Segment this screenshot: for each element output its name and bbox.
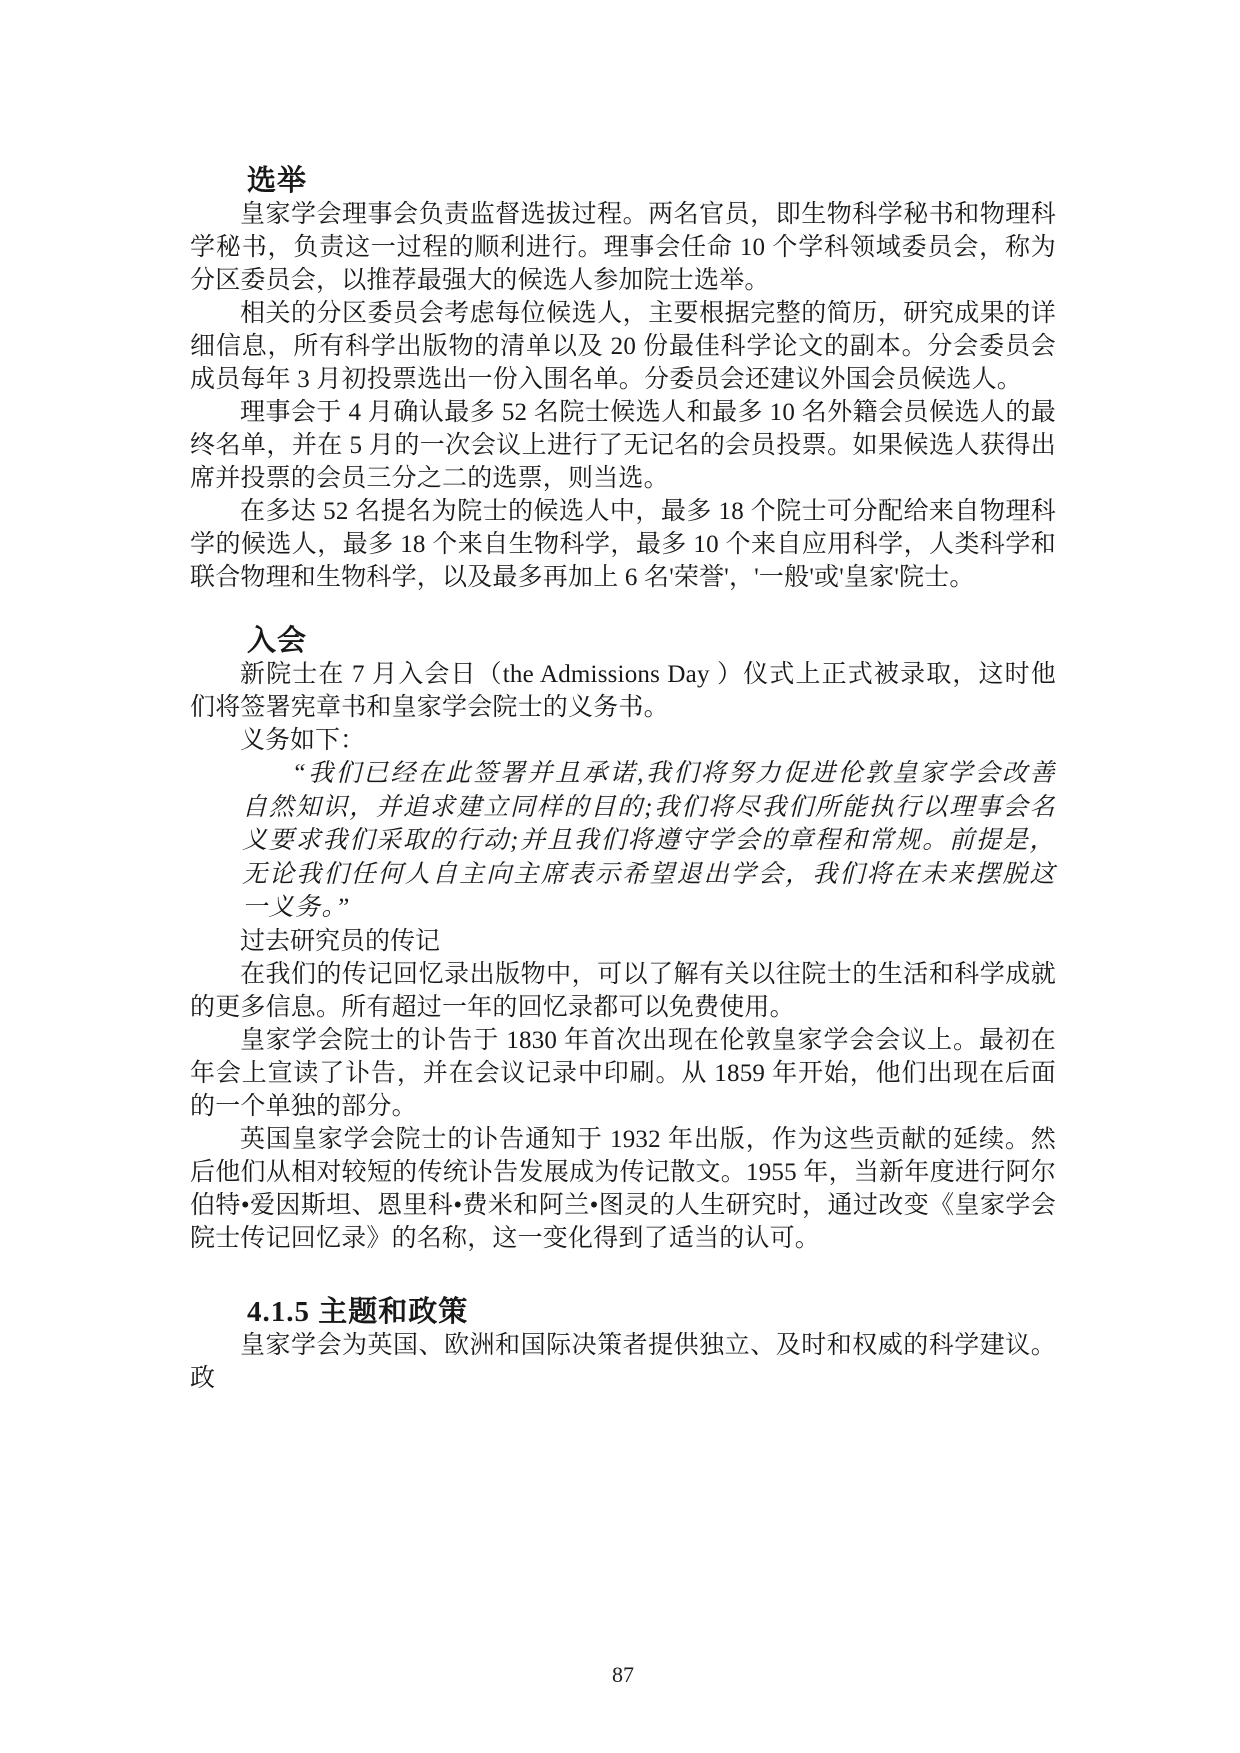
obituaries-1932-paragraph: 英国皇家学会院士的讣告通知于 1932 年出版，作为这些贡献的延续。然后他们从相… bbox=[190, 1123, 1056, 1255]
page-number: 87 bbox=[190, 1662, 1056, 1688]
bio-memoirs-paragraph: 在我们的传记回忆录出版物中，可以了解有关以往院士的生活和科学成就的更多信息。所有… bbox=[190, 958, 1056, 1024]
fellow-obligation-quote: “我们已经在此签署并且承诺,我们将努力促进伦敦皇家学会改善自然知识，并追求建立同… bbox=[242, 757, 1056, 925]
document-content: 选举 皇家学会理事会负责监督选拔过程。两名官员，即生物科学秘书和物理科学秘书，负… bbox=[190, 0, 1056, 1395]
admission-intro-paragraph: 新院士在 7 月入会日（the Admissions Day ）仪式上正式被录取… bbox=[190, 658, 1056, 724]
elections-paragraph-2: 相关的分区委员会考虑每位候选人，主要根据完整的简历，研究成果的详细信息，所有科学… bbox=[190, 297, 1056, 396]
elections-paragraph-3: 理事会于 4 月确认最多 52 名院士候选人和最多 10 名外籍会员候选人的最终… bbox=[190, 396, 1056, 495]
elections-paragraph-4: 在多达 52 名提名为院士的候选人中，最多 18 个院士可分配给来自物理科学的候… bbox=[190, 495, 1056, 594]
policy-advice-paragraph: 皇家学会为英国、欧洲和国际决策者提供独立、及时和权威的科学建议。政 bbox=[190, 1329, 1056, 1395]
heading-themes-policy: 4.1.5 主题和政策 bbox=[247, 1295, 1056, 1329]
heading-elections: 选举 bbox=[247, 164, 1056, 198]
elections-paragraph-1: 皇家学会理事会负责监督选拔过程。两名官员，即生物科学秘书和物理科学秘书，负责这一… bbox=[190, 198, 1056, 297]
past-fellows-bio-label: 过去研究员的传记 bbox=[190, 925, 1056, 958]
heading-admission: 入会 bbox=[247, 624, 1056, 658]
document-page: 选举 皇家学会理事会负责监督选拔过程。两名官员，即生物科学秘书和物理科学秘书，负… bbox=[0, 0, 1240, 1753]
obituaries-1830-paragraph: 皇家学会院士的讣告于 1830 年首次出现在伦敦皇家学会会议上。最初在年会上宣读… bbox=[190, 1024, 1056, 1123]
obligations-label: 义务如下： bbox=[190, 724, 1056, 757]
